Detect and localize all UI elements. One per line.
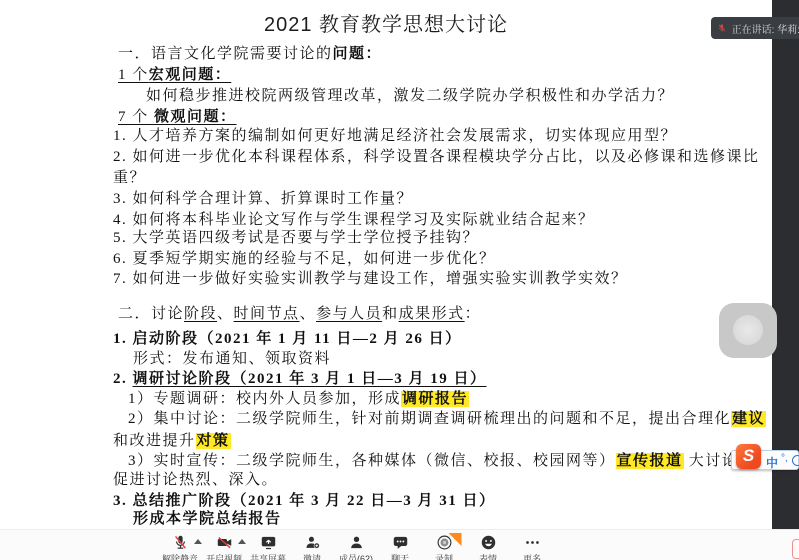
ime-status-bar[interactable]: S 中 °,: [731, 450, 799, 470]
doc-text: 4. 如何将本科毕业论文写作与学生课程学习及实际就业结合起来？: [113, 212, 595, 228]
doc-text: 形成本学院总结报告: [133, 511, 282, 527]
doc-line: 和改进提升对策: [113, 433, 231, 450]
doc-text: ：: [465, 306, 482, 322]
doc-line: 二．讨论阶段、时间节点、参与人员和成果形式：: [118, 306, 481, 323]
doc-text: 成果形式: [399, 306, 465, 322]
highlighted-text: 调研报告: [401, 391, 469, 407]
person-icon: [347, 534, 366, 551]
highlighted-text: 建议: [731, 411, 766, 427]
speaking-indicator-text: 正在讲话: 华莉:: [732, 21, 799, 36]
doc-text: 重？: [113, 170, 146, 186]
doc-text: 一．语言文化学院需要讨论的: [118, 46, 333, 62]
screen-share-icon: [259, 534, 278, 551]
toolbar-button-chat[interactable]: 聊天: [378, 531, 422, 560]
doc-text: 宏观问题：: [149, 67, 232, 83]
doc-text: 、: [217, 306, 234, 322]
doc-text: 1 个: [118, 67, 149, 83]
ime-language-toggle[interactable]: 中: [766, 454, 778, 471]
record-icon: [435, 534, 454, 551]
doc-line: 形式：发布通知、领取资料: [133, 351, 331, 368]
doc-text: 3. 如何科学合理计算、折算课时工作量？: [113, 191, 413, 207]
chat-bubble-icon: [391, 534, 410, 551]
toolbar-label-chat: 聊天: [391, 552, 409, 560]
doc-text: 2. 如何进一步优化本科课程体系，科学设置各课程模块学分占比，以及必修课和选修课…: [113, 149, 760, 165]
doc-line: 1）专题调研：校内外人员参加，形成调研报告: [128, 391, 469, 408]
doc-line: 2. 调研讨论阶段（2021 年 3 月 1 日—3 月 19 日）: [113, 371, 487, 388]
doc-line: 1. 启动阶段（2021 年 1 月 11 日—2 月 26 日）: [113, 331, 462, 348]
doc-text: 问题：: [333, 46, 383, 62]
toolbar-label-more: 更多: [523, 552, 541, 560]
doc-text: 和改进提升: [113, 433, 196, 449]
mic-muted-icon: [171, 534, 190, 551]
doc-line: 2. 如何进一步优化本科课程体系，科学设置各课程模块学分占比，以及必修课和选修课…: [113, 149, 760, 166]
toolbar-button-emoji[interactable]: 表情: [466, 531, 510, 560]
caret-up-icon[interactable]: [238, 539, 246, 544]
toolbar-button-start-video[interactable]: 开启视频: [202, 531, 246, 560]
toolbar-button-more[interactable]: 更多: [510, 531, 554, 560]
doc-line: 如何稳步推进校院两级管理改革，激发二级学院办学积极性和办学活力？: [146, 88, 674, 105]
doc-text: 6. 夏季短学期实施的经验与不足，如何进一步优化？: [113, 251, 496, 267]
doc-line: 7 个 微观问题：: [118, 109, 237, 126]
doc-text: 3. 总结推广阶段（2021 年 3 月 22 日—3 月 31 日）: [113, 493, 496, 509]
toolbar-button-record[interactable]: 录制: [422, 531, 466, 560]
doc-text: 阶段: [184, 306, 217, 322]
doc-text: 2）集中讨论：二级学院师生，针对前期调查调研梳理出的问题和不足，提出合理化: [128, 411, 731, 427]
doc-text: 促进讨论热烈、深入。: [113, 472, 278, 488]
toolbar-label-share-screen: 共享屏幕: [250, 552, 286, 560]
doc-text: 1. 人才培养方案的编制如何更好地满足经济社会发展需求，切实体现应用型？: [113, 128, 677, 144]
shared-document: 2021 教育教学思想大讨论 一．语言文化学院需要讨论的问题：1 个宏观问题：如…: [0, 0, 799, 560]
toolbar-label-emoji: 表情: [479, 552, 497, 560]
meeting-toolbar: 解除静音开启视频共享屏幕邀请成员(62)聊天录制表情更多: [0, 529, 799, 560]
doc-line: 1. 人才培养方案的编制如何更好地满足经济社会发展需求，切实体现应用型？: [113, 128, 677, 145]
doc-text: 2.: [113, 371, 133, 387]
doc-text: 7 个: [118, 109, 154, 125]
doc-line: 促进讨论热烈、深入。: [113, 472, 278, 489]
person-add-icon: [303, 534, 322, 551]
doc-text: 1）专题调研：校内外人员参加，形成: [128, 391, 401, 407]
toolbar-button-unmute[interactable]: 解除静音: [158, 531, 202, 560]
doc-line: 3. 如何科学合理计算、折算课时工作量？: [113, 191, 413, 208]
speaking-indicator-badge: 正在讲话: 华莉:: [711, 17, 799, 39]
ime-extra-icon[interactable]: [792, 455, 799, 466]
end-meeting-button[interactable]: [792, 539, 799, 559]
doc-line: 4. 如何将本科毕业论文写作与学生课程学习及实际就业结合起来？: [113, 212, 595, 229]
toolbar-label-start-video: 开启视频: [206, 552, 242, 560]
doc-text: 1. 启动阶段（2021 年 1 月 11 日—2 月 26 日）: [113, 331, 462, 347]
doc-text: 7. 如何进一步做好实验实训教学与建设工作，增强实验实训教学实效？: [113, 271, 628, 287]
doc-text: 参与人员: [316, 306, 382, 322]
meeting-window: 2021 教育教学思想大讨论 一．语言文化学院需要讨论的问题：1 个宏观问题：如…: [0, 0, 799, 560]
doc-line: 3）实时宣传：二级学院师生，各种媒体（微信、校报、校园网等）宣传报道 大讨论动态…: [128, 453, 788, 470]
doc-line: 重？: [113, 170, 146, 187]
toolbar-button-members[interactable]: 成员(62): [334, 531, 378, 560]
doc-line: 1 个宏观问题：: [118, 67, 231, 84]
doc-line: 5. 大学英语四级考试是否要与学士学位授予挂钩？: [113, 230, 479, 247]
doc-text: 时间节点: [234, 306, 300, 322]
doc-text: 二．讨论: [118, 306, 184, 322]
doc-text: 、: [300, 306, 317, 322]
doc-text: 调研讨论阶段（2021 年 3 月 1 日—3 月 19 日）: [133, 371, 487, 387]
doc-line: 一．语言文化学院需要讨论的问题：: [118, 46, 382, 63]
toolbar-button-invite[interactable]: 邀请: [290, 531, 334, 560]
toolbar-label-members: 成员(62): [339, 552, 373, 560]
doc-text: 形式：发布通知、领取资料: [133, 351, 331, 367]
highlighted-text: 对策: [196, 433, 231, 449]
doc-text: 如何稳步推进校院两级管理改革，激发二级学院办学积极性和办学活力？: [146, 88, 674, 104]
ime-punctuation-toggle[interactable]: °,: [781, 453, 788, 464]
toolbar-label-unmute: 解除静音: [162, 552, 198, 560]
toolbar-label-invite: 邀请: [303, 552, 321, 560]
doc-text: 和: [382, 306, 399, 322]
toolbar-button-share-screen[interactable]: 共享屏幕: [246, 531, 290, 560]
doc-line: 6. 夏季短学期实施的经验与不足，如何进一步优化？: [113, 251, 496, 268]
doc-line: 7. 如何进一步做好实验实训教学与建设工作，增强实验实训教学实效？: [113, 271, 628, 288]
camera-off-icon: [215, 534, 234, 551]
toolbar-label-record: 录制: [435, 552, 453, 560]
doc-line: 3. 总结推广阶段（2021 年 3 月 22 日—3 月 31 日）: [113, 493, 496, 510]
document-title: 2021 教育教学思想大讨论: [0, 8, 772, 37]
doc-text: 3）实时宣传：二级学院师生，各种媒体（微信、校报、校园网等）: [128, 453, 616, 469]
muted-mic-icon: [717, 22, 727, 34]
caret-up-icon[interactable]: [194, 539, 202, 544]
doc-line: 形成本学院总结报告: [133, 511, 282, 528]
ellipsis-icon: [523, 534, 542, 551]
doc-line: 2）集中讨论：二级学院师生，针对前期调查调研梳理出的问题和不足，提出合理化建议: [128, 411, 766, 428]
doc-text: 微观问题：: [154, 109, 237, 125]
highlighted-text: 宣传报道: [616, 453, 684, 469]
floating-assist-widget[interactable]: [719, 303, 777, 358]
toolbar-items: 解除静音开启视频共享屏幕邀请成员(62)聊天录制表情更多: [158, 531, 554, 560]
doc-text: 5. 大学英语四级考试是否要与学士学位授予挂钩？: [113, 230, 479, 246]
ime-logo-icon[interactable]: S: [736, 444, 761, 469]
smiley-icon: [479, 534, 498, 551]
